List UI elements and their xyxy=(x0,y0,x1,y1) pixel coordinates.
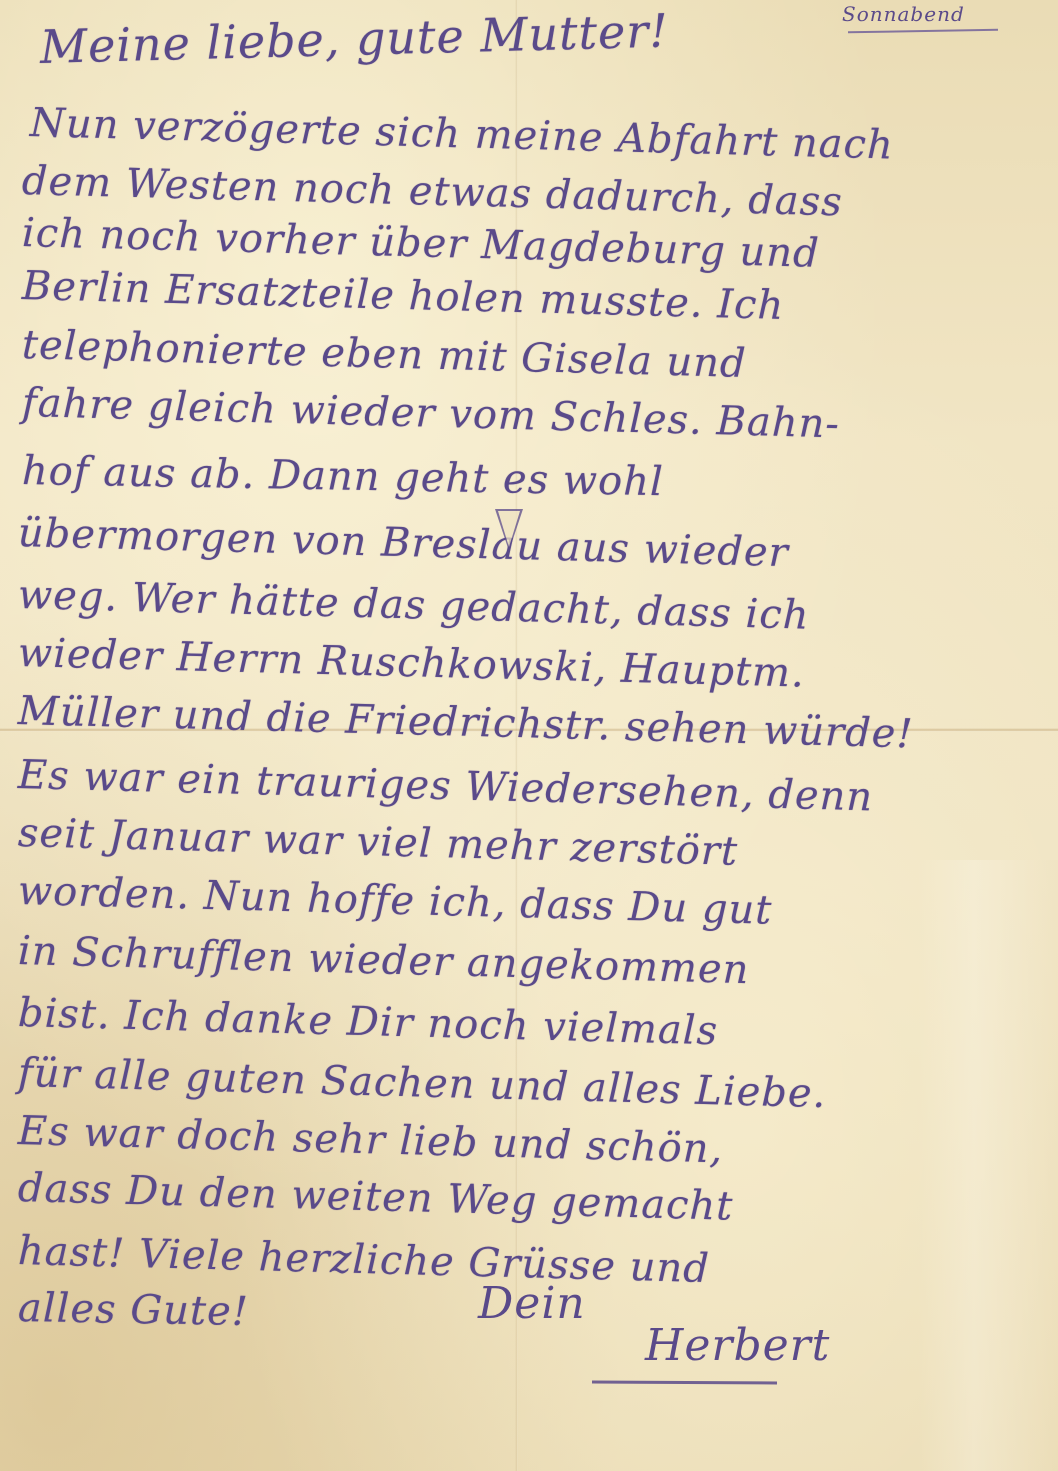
signature-underline xyxy=(592,1381,777,1385)
letter-line: alles Gute! xyxy=(18,1285,250,1335)
letter-line: weg. Wer hätte das gedacht, dass ich xyxy=(17,572,810,639)
closing: Dein xyxy=(478,1278,586,1329)
date-underline xyxy=(848,29,998,34)
letter-line: für alle guten Sachen und alles Liebe. xyxy=(17,1050,827,1117)
letter-line: in Schrufflen wieder angekommen xyxy=(17,928,750,993)
letter-line: hast! Viele herzliche Grüsse und xyxy=(17,1228,710,1292)
letter-line: fahre gleich wieder vom Schles. Bahn- xyxy=(21,380,840,447)
letter-line: seit Januar war viel mehr zerstört xyxy=(17,810,738,875)
letter-line: worden. Nun hoffe ich, dass Du gut xyxy=(17,868,773,934)
signature: Herbert xyxy=(645,1320,830,1371)
paper-stain xyxy=(918,860,1058,1471)
letter-line: bist. Ich danke Dir noch vielmals xyxy=(17,990,718,1054)
letter-line: wieder Herrn Ruschkowski, Hauptm. xyxy=(17,630,805,697)
insertion-mark xyxy=(495,509,523,551)
letter-line: dass Du den weiten Weg gemacht xyxy=(17,1165,734,1230)
letter-line: Müller und die Friedrichstr. sehen würde… xyxy=(17,688,914,757)
letter-line: telephonierte eben mit Gisela und xyxy=(21,322,747,387)
letter-line: übermorgen von Breslau aus wieder xyxy=(17,510,789,576)
letter-line: Nun verzögerte sich meine Abfahrt nach xyxy=(29,100,894,169)
letter-line: Es war doch sehr lieb und schön, xyxy=(17,1108,723,1172)
date-note: Sonnabend xyxy=(842,2,965,26)
salutation: Meine liebe, gute Mutter! xyxy=(39,4,669,74)
letter-line: hof aus ab. Dann geht es wohl xyxy=(22,448,665,505)
letter-line: Es war ein trauriges Wiedersehen, denn xyxy=(17,752,873,820)
letter-page: Sonnabend Meine liebe, gute Mutter! Nun … xyxy=(0,0,1058,1471)
